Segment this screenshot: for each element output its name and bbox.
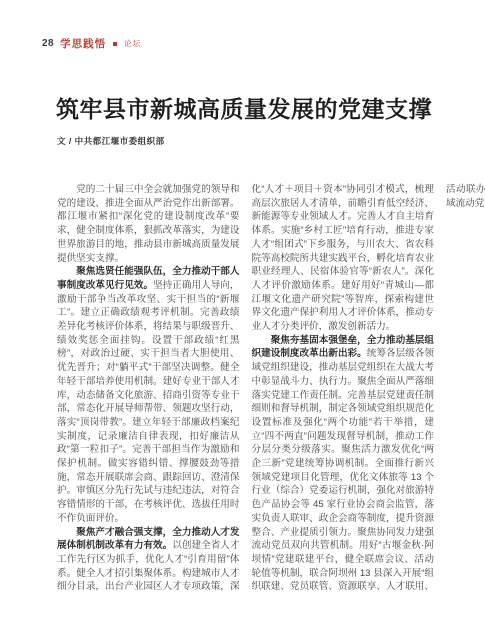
paragraph-intro: 党的二十届三中全会就加强党的领导和党的建设、推进全面从严治党作出新部署。都江堰市…	[57, 183, 240, 265]
article-title: 筑牢县市新城高质量发展的党建支撑	[56, 94, 446, 124]
section-title: 学思践悟	[60, 36, 106, 51]
running-head: 28 学思践悟 论坛	[42, 36, 141, 51]
article-byline: 文 / 中共都江堰市委组织部	[57, 135, 165, 147]
paragraph-cadre-reform: 聚焦选贤任能强队伍，全力推动干部人事制度改革见行见效。坚持正确用人导向，激励干部…	[57, 265, 240, 525]
magazine-page: 28 学思践悟 论坛 筑牢县市新城高质量发展的党建支撑 文 / 中共都江堰市委组…	[0, 0, 485, 640]
section-bullet-icon	[113, 42, 117, 46]
paragraph-text: 坚持正确用人导向，激励干部争当改革攻坚、实干担当的“新堰工”。建立正确政绩观考评…	[57, 280, 240, 524]
subsection-title: 论坛	[124, 38, 141, 49]
article-body: 党的二十届三中全会就加强党的领导和党的建设、推进全面从严治党作出新部署。都江堰市…	[57, 183, 434, 597]
paragraph-text: 党的二十届三中全会就加强党的领导和党的建设、推进全面从严治党作出新部署。都江堰市…	[57, 184, 240, 264]
page-number: 28	[42, 38, 54, 49]
